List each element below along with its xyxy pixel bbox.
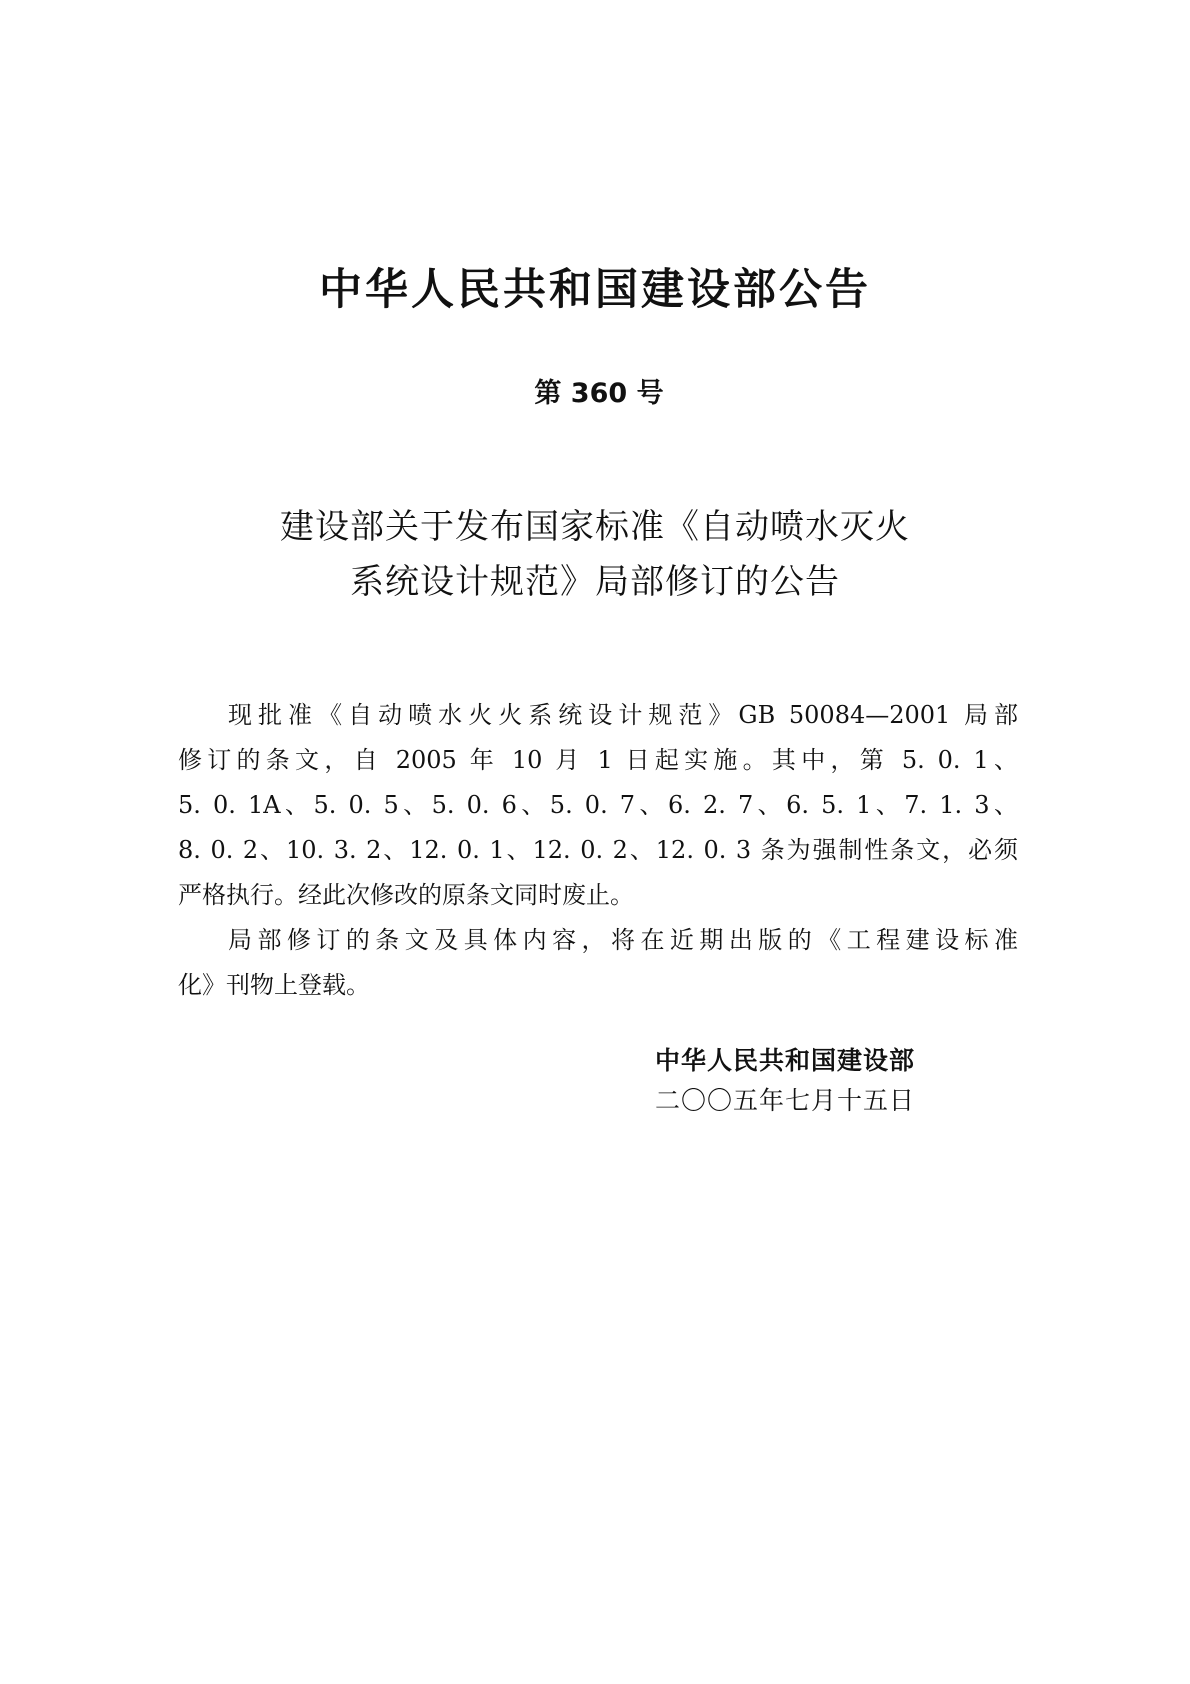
paragraph-approval: 现批准《自动喷水火火系统设计规范》GB 50084—2001 局部 修订的条文，… [178,693,1018,918]
announcement-title: 中华人民共和国建设部公告 [0,262,1190,318]
body-line: 现批准《自动喷水火火系统设计规范》GB 50084—2001 局部 [178,693,1018,738]
issue-date: 二〇〇五年七月十五日 [655,1083,955,1119]
signature-block: 中华人民共和国建设部 二〇〇五年七月十五日 [655,1043,955,1119]
paragraph-publication: 局部修订的条文及具体内容，将在近期出版的《工程建设标准 化》刊物上登载。 [178,918,1018,1008]
body-line: 严格执行。经此次修改的原条文同时废止。 [178,873,1018,918]
issuing-organization: 中华人民共和国建设部 [655,1043,955,1079]
announcement-body: 现批准《自动喷水火火系统设计规范》GB 50084—2001 局部 修订的条文，… [178,693,1018,1008]
subtitle-line: 系统设计规范》局部修订的公告 [0,555,1190,610]
body-line: 8. 0. 2、10. 3. 2、12. 0. 1、12. 0. 2、12. 0… [178,828,1018,873]
issue-number: 第 360 号 [0,376,1190,412]
subtitle-line: 建设部关于发布国家标准《自动喷水灭火 [0,500,1190,555]
announcement-subtitle: 建设部关于发布国家标准《自动喷水灭火 系统设计规范》局部修订的公告 [0,500,1190,610]
body-line: 局部修订的条文及具体内容，将在近期出版的《工程建设标准 [178,918,1018,963]
body-line: 化》刊物上登载。 [178,963,1018,1008]
document-page: 中华人民共和国建设部公告 第 360 号 建设部关于发布国家标准《自动喷水灭火 … [0,0,1190,1684]
body-line: 5. 0. 1A、5. 0. 5、5. 0. 6、5. 0. 7、6. 2. 7… [178,783,1018,828]
body-line: 修订的条文，自 2005 年 10 月 1 日起实施。其中，第 5. 0. 1、 [178,738,1018,783]
